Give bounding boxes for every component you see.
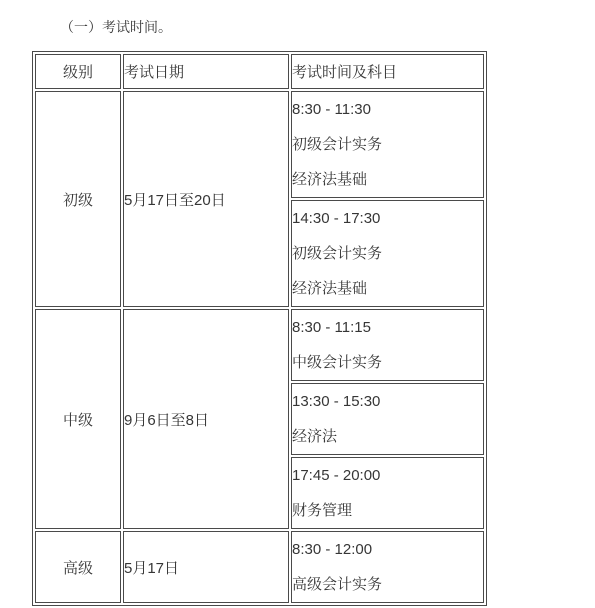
session-time: 8:30 - 11:30 (292, 92, 483, 127)
session-subject: 高级会计实务 (292, 567, 483, 602)
table-row: 中级 9月6日至8日 8:30 - 11:15 中级会计实务 (35, 309, 484, 381)
column-header-time-subject: 考试时间及科目 (291, 54, 484, 89)
date-cell-senior: 5月17日 (123, 531, 289, 603)
session-time: 14:30 - 17:30 (292, 201, 483, 236)
level-cell-senior: 高级 (35, 531, 121, 603)
column-header-date: 考试日期 (123, 54, 289, 89)
session-subject: 经济法基础 (292, 162, 483, 197)
session-time: 8:30 - 11:15 (292, 310, 483, 345)
session-time: 17:45 - 20:00 (292, 458, 483, 493)
session-cell: 8:30 - 11:15 中级会计实务 (291, 309, 484, 381)
session-cell: 8:30 - 12:00 高级会计实务 (291, 531, 484, 603)
session-cell: 8:30 - 11:30 初级会计实务 经济法基础 (291, 91, 484, 198)
date-cell-intermediate: 9月6日至8日 (123, 309, 289, 529)
session-subject: 中级会计实务 (292, 345, 483, 380)
table-row: 高级 5月17日 8:30 - 12:00 高级会计实务 (35, 531, 484, 603)
session-cell: 13:30 - 15:30 经济法 (291, 383, 484, 455)
session-time: 13:30 - 15:30 (292, 384, 483, 419)
table-row: 初级 5月17日至20日 8:30 - 11:30 初级会计实务 经济法基础 (35, 91, 484, 198)
section-heading: （一）考试时间。 (0, 0, 595, 36)
session-subject: 初级会计实务 (292, 236, 483, 271)
exam-schedule-table: 级别 考试日期 考试时间及科目 初级 5月17日至20日 8:30 - 11:3… (32, 51, 487, 606)
session-cell: 14:30 - 17:30 初级会计实务 经济法基础 (291, 200, 484, 307)
level-cell-intermediate: 中级 (35, 309, 121, 529)
session-cell: 17:45 - 20:00 财务管理 (291, 457, 484, 529)
session-subject: 经济法基础 (292, 271, 483, 306)
session-subject: 经济法 (292, 419, 483, 454)
level-cell-junior: 初级 (35, 91, 121, 307)
session-time: 8:30 - 12:00 (292, 532, 483, 567)
session-subject: 财务管理 (292, 493, 483, 528)
document-page: （一）考试时间。 级别 考试日期 考试时间及科目 初级 5月17日至20日 8:… (0, 0, 595, 608)
session-subject: 初级会计实务 (292, 127, 483, 162)
column-header-level: 级别 (35, 54, 121, 89)
date-cell-junior: 5月17日至20日 (123, 91, 289, 307)
table-header-row: 级别 考试日期 考试时间及科目 (35, 54, 484, 89)
